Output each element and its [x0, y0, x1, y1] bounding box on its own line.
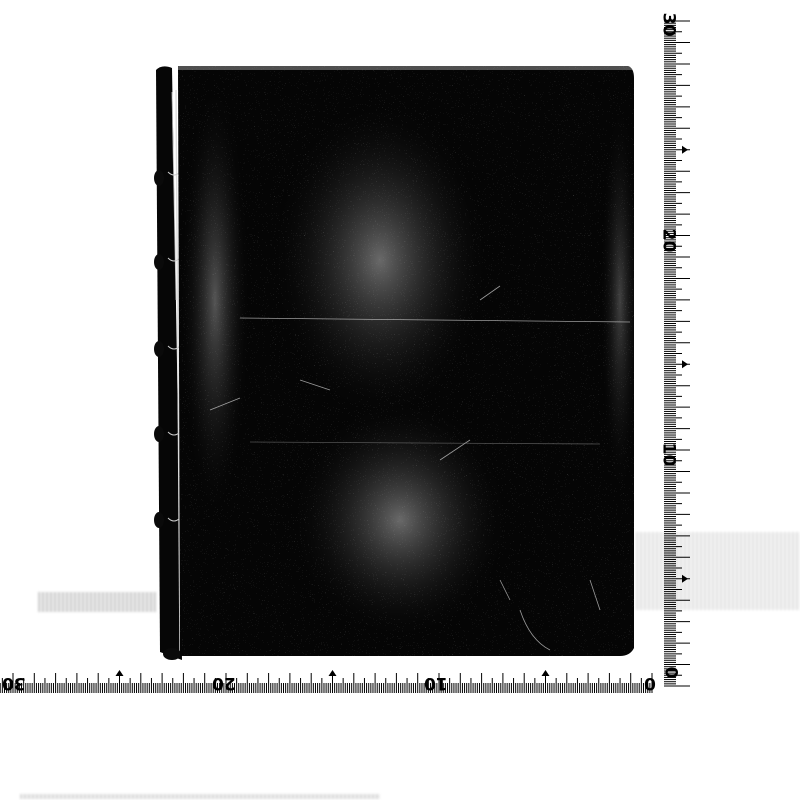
horizontal-ruler-label-0: 0 [644, 674, 656, 691]
horizontal-ruler-label-10: 10 [424, 674, 448, 691]
horizontal-ruler-label-20: 20 [212, 674, 236, 691]
vertical-ruler-label-30: 30 [659, 13, 676, 37]
horizontal-ruler [0, 668, 660, 698]
book-photo-scene: 30 20 10 0 30 20 10 0 [0, 0, 800, 800]
vertical-ruler-label-10: 10 [659, 443, 676, 467]
vertical-ruler-label-20: 20 [659, 229, 676, 253]
vertical-ruler [648, 0, 698, 710]
vertical-ruler-label-0: 0 [661, 667, 678, 679]
horizontal-ruler-label-30: 30 [2, 674, 26, 691]
